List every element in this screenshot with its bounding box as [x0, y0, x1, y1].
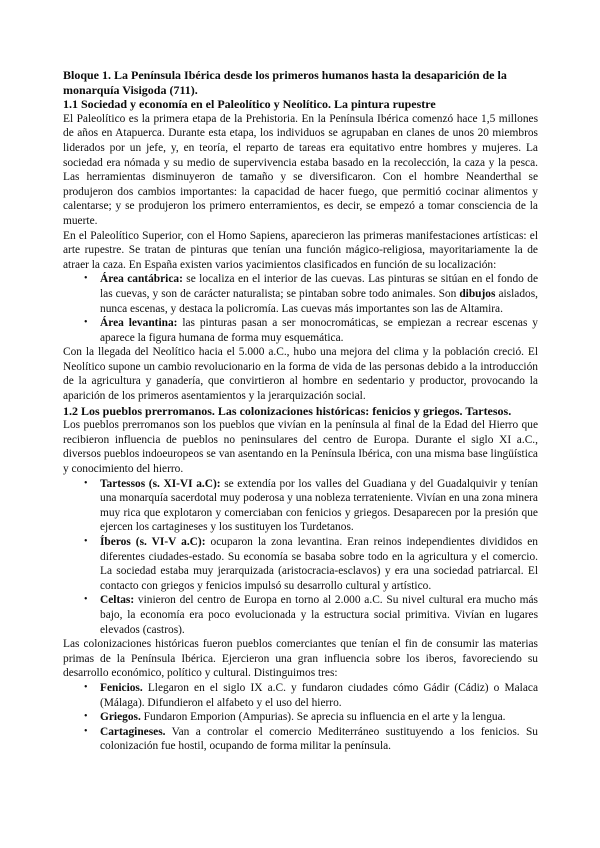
heading-block: 1.1 Sociedad y economía en el Paleolític… — [63, 97, 538, 112]
text-run-bold: Tartessos (s. XI-VI a.C): — [100, 478, 221, 490]
bullet-text: Tartessos (s. XI-VI a.C): se extendía po… — [100, 477, 538, 535]
text-run-bold: Bloque 1. La Península Ibérica desde los… — [63, 68, 507, 97]
bullet-item: •Cartagineses. Van a controlar el comerc… — [63, 725, 538, 754]
bullet-marker-icon: • — [84, 725, 100, 754]
bullet-marker-icon: • — [84, 710, 100, 725]
bullet-text: Área cantábrica: se localiza en el inter… — [100, 272, 538, 316]
text-run: Las colonizaciones históricas fueron pue… — [63, 638, 538, 679]
bullet-item: •Fenicios. Llegaron en el siglo IX a.C. … — [63, 681, 538, 710]
text-run-bold: Área levantina: — [100, 317, 177, 329]
bullet-item: •Íberos (s. VI-V a.C): ocuparon la zona … — [63, 535, 538, 593]
document-page: Bloque 1. La Península Ibérica desde los… — [0, 0, 600, 848]
text-run-bold: Cartagineses. — [100, 726, 166, 738]
text-run: Fundaron Emporion (Ampurias). Se aprecia… — [141, 711, 506, 723]
text-run-bold: dibujos — [459, 288, 495, 300]
bullet-marker-icon: • — [84, 316, 100, 345]
text-run: Los pueblos prerromanos son los pueblos … — [63, 419, 538, 475]
paragraph-block: Los pueblos prerromanos son los pueblos … — [63, 418, 538, 476]
text-run: En el Paleolítico Superior, con el Homo … — [63, 230, 538, 271]
text-run-bold: Área cantábrica: — [100, 273, 183, 285]
bullet-marker-icon: • — [84, 272, 100, 316]
text-run: El Paleolítico es la primera etapa de la… — [63, 113, 538, 227]
text-run-bold: Celtas: — [100, 594, 134, 606]
text-run-bold: 1.2 Los pueblos prerromanos. Las coloniz… — [63, 404, 511, 418]
bullet-text: Celtas: vinieron del centro de Europa en… — [100, 593, 538, 637]
heading-block: 1.2 Los pueblos prerromanos. Las coloniz… — [63, 404, 538, 419]
bullet-item: •Tartessos (s. XI-VI a.C): se extendía p… — [63, 477, 538, 535]
bullet-text: Cartagineses. Van a controlar el comerci… — [100, 725, 538, 754]
text-run-bold: Íberos (s. VI-V a.C): — [100, 536, 206, 548]
text-run: Van a controlar el comercio Mediterráneo… — [100, 726, 538, 753]
bullet-item: •Celtas: vinieron del centro de Europa e… — [63, 593, 538, 637]
bullet-item: •Área cantábrica: se localiza en el inte… — [63, 272, 538, 316]
text-run: Llegaron en el siglo IX a.C. y fundaron … — [100, 682, 538, 709]
paragraph-block: Las colonizaciones históricas fueron pue… — [63, 637, 538, 681]
text-run-bold: Griegos. — [100, 711, 141, 723]
bullet-text: Área levantina: las pinturas pasan a ser… — [100, 316, 538, 345]
text-run-bold: Fenicios. — [100, 682, 143, 694]
bullet-text: Fenicios. Llegaron en el siglo IX a.C. y… — [100, 681, 538, 710]
title-block: Bloque 1. La Península Ibérica desde los… — [63, 68, 538, 97]
paragraph-block: En el Paleolítico Superior, con el Homo … — [63, 229, 538, 273]
text-run: Con la llegada del Neolítico hacia el 5.… — [63, 346, 538, 402]
document-content: Bloque 1. La Península Ibérica desde los… — [63, 68, 538, 754]
bullet-marker-icon: • — [84, 681, 100, 710]
text-run-bold: 1.1 Sociedad y economía en el Paleolític… — [63, 97, 436, 111]
paragraph-block: Con la llegada del Neolítico hacia el 5.… — [63, 345, 538, 403]
bullet-item: •Área levantina: las pinturas pasan a se… — [63, 316, 538, 345]
bullet-marker-icon: • — [84, 593, 100, 637]
bullet-marker-icon: • — [84, 477, 100, 535]
bullet-text: Íberos (s. VI-V a.C): ocuparon la zona l… — [100, 535, 538, 593]
paragraph-block: El Paleolítico es la primera etapa de la… — [63, 112, 538, 229]
text-run: vinieron del centro de Europa en torno a… — [100, 594, 538, 635]
bullet-marker-icon: • — [84, 535, 100, 593]
bullet-item: •Griegos. Fundaron Emporion (Ampurias). … — [63, 710, 538, 725]
bullet-text: Griegos. Fundaron Emporion (Ampurias). S… — [100, 710, 538, 725]
